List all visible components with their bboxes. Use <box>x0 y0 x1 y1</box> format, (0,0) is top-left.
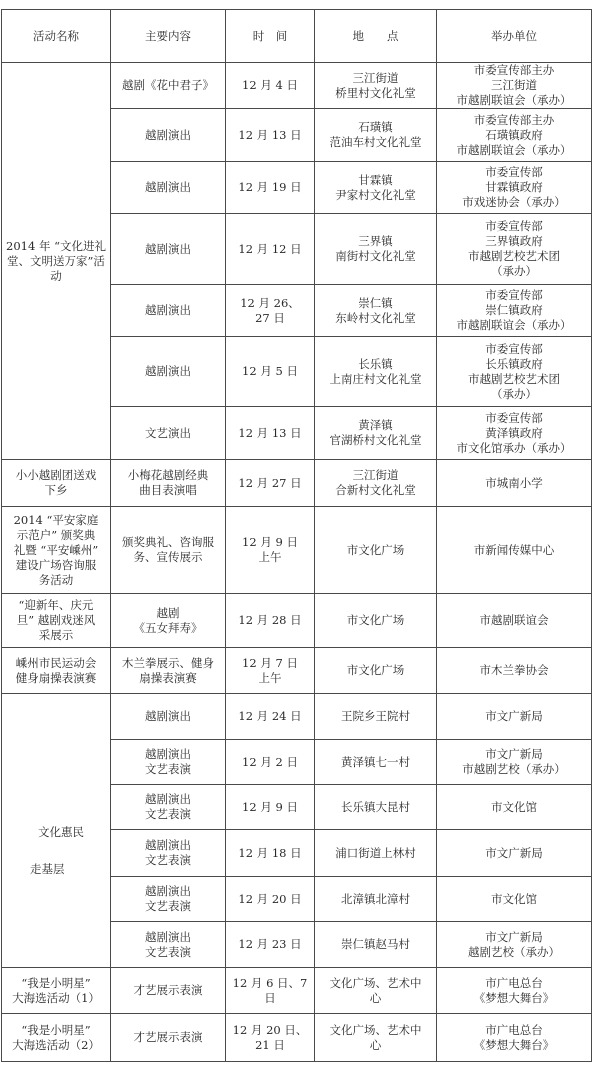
table-row: 嵊州市民运动会 健身扇操表演赛木兰拳展示、健身 扇操表演赛12 月 7 日 上午… <box>2 648 592 694</box>
place-cell: 三江街道 桥里村文化礼堂 <box>315 63 437 109</box>
organizer-cell: 市委宣传部 甘霖镇政府 市戏迷协会（承办） <box>437 162 592 214</box>
organizer-cell: 市文广新局 市越剧艺校（承办） <box>437 740 592 785</box>
place-cell: 石璜镇 范油车村文化礼堂 <box>315 109 437 162</box>
content-cell: 越剧演出 文艺表演 <box>111 740 226 785</box>
time-cell: 12 月 12 日 <box>226 214 315 285</box>
organizer-cell: 市委宣传部 崇仁镇政府 市越剧联谊会（承办） <box>437 285 592 337</box>
time-cell: 12 月 9 日 上午 <box>226 507 315 594</box>
activity-name-cell: 文化惠民走基层 <box>2 694 111 968</box>
place-cell: 崇仁镇 东岭村文化礼堂 <box>315 285 437 337</box>
organizer-cell: 市越剧联谊会 <box>437 594 592 648</box>
organizer-cell: 市木兰拳协会 <box>437 648 592 694</box>
time-cell: 12 月 13 日 <box>226 109 315 162</box>
time-cell: 12 月 20 日、 21 日 <box>226 1014 315 1062</box>
organizer-cell: 市广电总台 《梦想大舞台》 <box>437 968 592 1014</box>
place-cell: 文化广场、艺术中 心 <box>315 1014 437 1062</box>
activity-name-cell: 2014 “平安家庭 示范户” 颁奖典 礼暨 “平安嵊州” 建设广场咨询服 务活… <box>2 507 111 594</box>
activity-name-cell: 2014 年 “文化进礼堂、文明送万家”活动 <box>2 63 111 460</box>
time-cell: 12 月 20 日 <box>226 877 315 922</box>
content-cell: 越剧演出 <box>111 285 226 337</box>
place-cell: 黄泽镇 官湖桥村文化礼堂 <box>315 407 437 460</box>
header-organizer: 举办单位 <box>437 10 592 63</box>
time-cell: 12 月 18 日 <box>226 830 315 877</box>
time-cell: 12 月 5 日 <box>226 337 315 407</box>
header-place: 地 点 <box>315 10 437 63</box>
activity-name-cell: “我是小明星” 大海选活动（1） <box>2 968 111 1014</box>
content-cell: 越剧演出 文艺表演 <box>111 830 226 877</box>
spacer <box>38 840 107 862</box>
table-row: 文化惠民走基层越剧演出12 月 24 日王院乡王院村市文广新局 <box>2 694 592 740</box>
content-cell: 文艺演出 <box>111 407 226 460</box>
place-cell: 王院乡王院村 <box>315 694 437 740</box>
time-cell: 12 月 9 日 <box>226 785 315 830</box>
place-cell: 市文化广场 <box>315 594 437 648</box>
place-cell: 市文化广场 <box>315 648 437 694</box>
organizer-cell: 市文化馆 <box>437 785 592 830</box>
header-row: 活动名称 主要内容 时 间 地 点 举办单位 <box>2 10 592 63</box>
place-cell: 市文化广场 <box>315 507 437 594</box>
content-cell: 越剧演出 <box>111 109 226 162</box>
organizer-cell: 市文广新局 越剧艺校（承办） <box>437 922 592 968</box>
organizer-cell: 市委宣传部主办 三江街道 市越剧联谊会（承办） <box>437 63 592 109</box>
place-cell: 三界镇 南街村文化礼堂 <box>315 214 437 285</box>
place-cell: 文化广场、艺术中 心 <box>315 968 437 1014</box>
organizer-cell: 市文化馆 <box>437 877 592 922</box>
content-cell: 越剧演出 文艺表演 <box>111 922 226 968</box>
place-cell: 浦口街道上林村 <box>315 830 437 877</box>
content-cell: 才艺展示表演 <box>111 1014 226 1062</box>
activity-name-line2: 走基层 <box>30 862 107 877</box>
content-cell: 才艺展示表演 <box>111 968 226 1014</box>
place-cell: 甘霖镇 尹家村文化礼堂 <box>315 162 437 214</box>
time-cell: 12 月 26、 27 日 <box>226 285 315 337</box>
table-row: “我是小明星” 大海选活动（2）才艺展示表演12 月 20 日、 21 日文化广… <box>2 1014 592 1062</box>
content-cell: 颁奖典礼、咨询服 务、宣传展示 <box>111 507 226 594</box>
activity-name-cell: 嵊州市民运动会 健身扇操表演赛 <box>2 648 111 694</box>
place-cell: 长乐镇大昆村 <box>315 785 437 830</box>
time-cell: 12 月 4 日 <box>226 63 315 109</box>
content-cell: 越剧演出 <box>111 694 226 740</box>
time-cell: 12 月 7 日 上午 <box>226 648 315 694</box>
activity-schedule-table: 活动名称 主要内容 时 间 地 点 举办单位 2014 年 “文化进礼堂、文明送… <box>1 9 592 1062</box>
content-cell: 越剧 《五女拜寿》 <box>111 594 226 648</box>
table-row: 2014 “平安家庭 示范户” 颁奖典 礼暨 “平安嵊州” 建设广场咨询服 务活… <box>2 507 592 594</box>
activity-name-cell: “我是小明星” 大海选活动（2） <box>2 1014 111 1062</box>
content-cell: 越剧演出 <box>111 337 226 407</box>
content-cell: 木兰拳展示、健身 扇操表演赛 <box>111 648 226 694</box>
organizer-cell: 市文广新局 <box>437 830 592 877</box>
activity-name-cell: “迎新年、庆元 旦” 越剧戏迷风 采展示 <box>2 594 111 648</box>
time-cell: 12 月 28 日 <box>226 594 315 648</box>
time-cell: 12 月 23 日 <box>226 922 315 968</box>
organizer-cell: 市广电总台 《梦想大舞台》 <box>437 1014 592 1062</box>
time-cell: 12 月 2 日 <box>226 740 315 785</box>
place-cell: 长乐镇 上南庄村文化礼堂 <box>315 337 437 407</box>
activity-name-line1: 文化惠民 <box>38 825 107 840</box>
place-cell: 黄泽镇七一村 <box>315 740 437 785</box>
time-cell: 12 月 24 日 <box>226 694 315 740</box>
content-cell: 小梅花越剧经典 曲目表演唱 <box>111 460 226 507</box>
table-row: “我是小明星” 大海选活动（1）才艺展示表演12 月 6 日、7 日文化广场、艺… <box>2 968 592 1014</box>
organizer-cell: 市文广新局 <box>437 694 592 740</box>
organizer-cell: 市城南小学 <box>437 460 592 507</box>
time-cell: 12 月 13 日 <box>226 407 315 460</box>
table-body: 2014 年 “文化进礼堂、文明送万家”活动越剧《花中君子》12 月 4 日三江… <box>2 63 592 1062</box>
time-cell: 12 月 6 日、7 日 <box>226 968 315 1014</box>
organizer-cell: 市委宣传部 长乐镇政府 市越剧艺校艺术团 （承办） <box>437 337 592 407</box>
content-cell: 越剧演出 文艺表演 <box>111 877 226 922</box>
place-cell: 崇仁镇赵马村 <box>315 922 437 968</box>
header-content: 主要内容 <box>111 10 226 63</box>
place-cell: 北漳镇北漳村 <box>315 877 437 922</box>
organizer-cell: 市委宣传部 三界镇政府 市越剧艺校艺术团 （承办） <box>437 214 592 285</box>
activity-name-cell: 小小越剧团送戏 下乡 <box>2 460 111 507</box>
organizer-cell: 市新闻传媒中心 <box>437 507 592 594</box>
content-cell: 越剧《花中君子》 <box>111 63 226 109</box>
table-row: 小小越剧团送戏 下乡小梅花越剧经典 曲目表演唱12 月 27 日三江街道 合新村… <box>2 460 592 507</box>
place-cell: 三江街道 合新村文化礼堂 <box>315 460 437 507</box>
header-time: 时 间 <box>226 10 315 63</box>
organizer-cell: 市委宣传部 黄泽镇政府 市文化馆承办（承办） <box>437 407 592 460</box>
table-row: “迎新年、庆元 旦” 越剧戏迷风 采展示越剧 《五女拜寿》12 月 28 日市文… <box>2 594 592 648</box>
content-cell: 越剧演出 文艺表演 <box>111 785 226 830</box>
time-cell: 12 月 19 日 <box>226 162 315 214</box>
content-cell: 越剧演出 <box>111 162 226 214</box>
content-cell: 越剧演出 <box>111 214 226 285</box>
table-row: 2014 年 “文化进礼堂、文明送万家”活动越剧《花中君子》12 月 4 日三江… <box>2 63 592 109</box>
time-cell: 12 月 27 日 <box>226 460 315 507</box>
header-activity-name: 活动名称 <box>2 10 111 63</box>
organizer-cell: 市委宣传部主办 石璜镇政府 市越剧联谊会（承办） <box>437 109 592 162</box>
